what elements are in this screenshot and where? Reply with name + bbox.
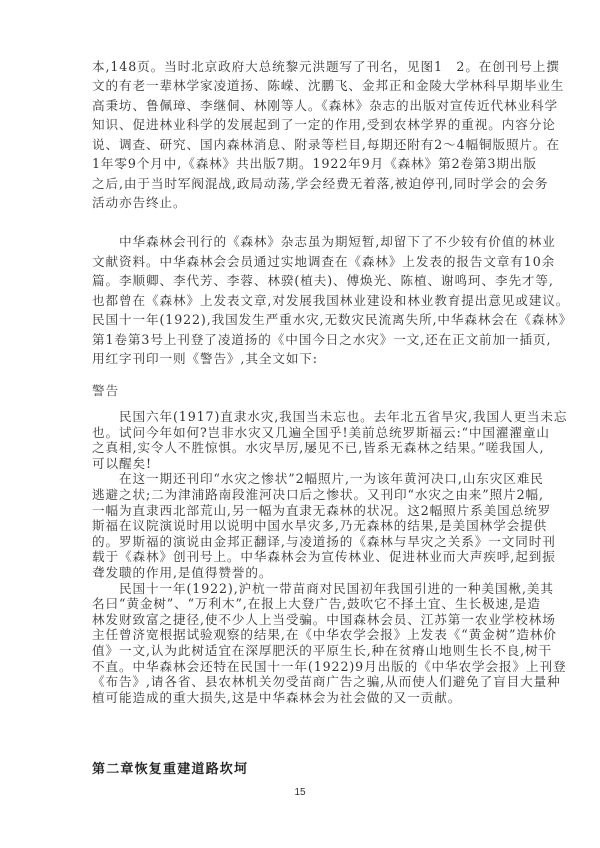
text-line: 也。试问今年如何?岂非水灾又几遍全国乎!美前总统罗斯福云:“中国濯濯童山 xyxy=(92,425,512,441)
text-line: 活动亦告终止。 xyxy=(92,195,512,211)
text-line: 聋发聩的作用,是值得赞誉的。 xyxy=(92,565,512,581)
text-line: 1年零9个月中,《森林》共出版7期。1922年9月《森林》第2卷第3期出版 xyxy=(92,156,512,172)
document-page: 本,148页。当时北京政府大总统黎元洪题写了刊名，见图1 2。在创刊号上撰 文的… xyxy=(0,0,600,848)
text-line: 本,148页。当时北京政府大总统黎元洪题写了刊名，见图1 2。在创刊号上撰 xyxy=(92,59,512,75)
text-line: 在这一期还刊印“水灾之惨状”2幅照片,一为该年黄河决口,山东灾区难民 xyxy=(119,471,512,487)
text-line: 值》一文,认为此树适宜在深厚肥沃的平原生长,种在贫瘠山地则生长不良,树干 xyxy=(92,643,512,659)
text-line: 文献资料。中华森林会会员通过实地调查在《森林》上发表的报告文章有10余 xyxy=(92,254,512,270)
text-line: 第1卷第3号上刊登了凌道扬的《中国今日之水灾》一文,还在正文前加一插页, xyxy=(92,332,512,348)
text-line: 名曰“黄金树”、“万利木”,在报上大登广告,鼓吹它不择土宜、生长极速,是造 xyxy=(92,596,512,612)
text-line: 文的有老一辈林学家凌道扬、陈嵘、沈鹏飞、金邦正和金陵大学林科早期毕业生 xyxy=(92,78,512,94)
text-line: 主任曾济宽根据试验观察的结果,在《中华农学会报》上发表《“黄金树”造林价 xyxy=(92,627,512,643)
text-line: 植可能造成的重大损失,这是中华森林会为社会做的又一贡献。 xyxy=(92,690,512,706)
text-line: 载于《森林》创刊号上。中华森林会为宣传林业、促进林业而大声疾呼,起到振 xyxy=(92,549,512,565)
text-line: 一幅为直隶西北部荒山,另一幅为直隶无森林的状况。这2幅照片系美国总统罗 xyxy=(92,503,512,519)
page-number: 15 xyxy=(0,787,600,798)
text-line: 中华森林会刊行的《森林》杂志虽为期短暂,却留下了不少较有价值的林业 xyxy=(119,234,512,250)
text-line: 知识、促进林业科学的发展起到了一定的作用,受到农林学界的重视。内容分论 xyxy=(92,117,512,133)
text-line: 民国十一年(1922),沪杭一带苗商对民国初年我国引进的一种美国楸,美其 xyxy=(119,581,512,597)
text-line: 可以醒矣! xyxy=(92,456,512,472)
chapter-heading: 第二章恢复重建道路坎坷 xyxy=(92,758,248,777)
text-line: 斯福在议院演说时用以说明中国水旱灾多,乃无森林的结果,是美国林学会提供 xyxy=(92,518,512,534)
text-line: 不直。中华森林会还特在民国十一年(1922)9月出版的《中华农学会报》上刊登 xyxy=(92,659,512,675)
text-line: 《布告》,请各省、县农林机关勿受苗商广告之骗,从而使人们避免了盲目大量种 xyxy=(92,674,512,690)
text-line: 的。罗斯福的演说由金邦正翻译,与凌道扬的《森林与旱灾之关系》一文同时刊 xyxy=(92,534,512,550)
text-line: 说、调查、研究、国内森林消息、附录等栏目,每期还附有2～4幅铜版照片。在 xyxy=(92,137,512,153)
text-line: 用红字刊印一则《警告》,其全文如下: xyxy=(92,351,512,367)
section-label-warning: 警告 xyxy=(92,380,119,399)
text-line: 之真相,实令人不胜惊惧。水灾旱厉,屡见不已,皆系无森林之结果。”嗟我国人, xyxy=(92,440,512,456)
text-line: 民国六年(1917)直隶水灾,我国当未忘也。去年北五省旱灾,我国人更当未忘 xyxy=(119,409,512,425)
text-line: 逃避之状;二为津浦路南段淮河决口后之惨状。又刊印“水灾之由来”照片2幅, xyxy=(92,487,512,503)
text-line: 民国十一年(1922),我国发生严重水灾,无数灾民流离失所,中华森林会在《森林》 xyxy=(92,312,512,328)
text-line: 也都曾在《森林》上发表文章,对发展我国林业建设和林业教育提出意见或建议。 xyxy=(92,293,512,309)
text-line: 篇。李顺卿、李代芳、李蓉、林骙(植夫)、傅焕光、陈植、谢鸣珂、李先才等, xyxy=(92,273,512,289)
text-line: 高秉坊、鲁佩璋、李继侗、林刚等人。《森林》杂志的出版对宣传近代林业科学 xyxy=(92,98,512,114)
text-line: 之后,由于当时军阀混战,政局动荡,学会经费无着落,被迫停刊,同时学会的会务 xyxy=(92,176,512,192)
text-line: 林发财致富之捷径,使不少人上当受骗。中国森林会员、江苏第一农业学校林场 xyxy=(92,612,512,628)
